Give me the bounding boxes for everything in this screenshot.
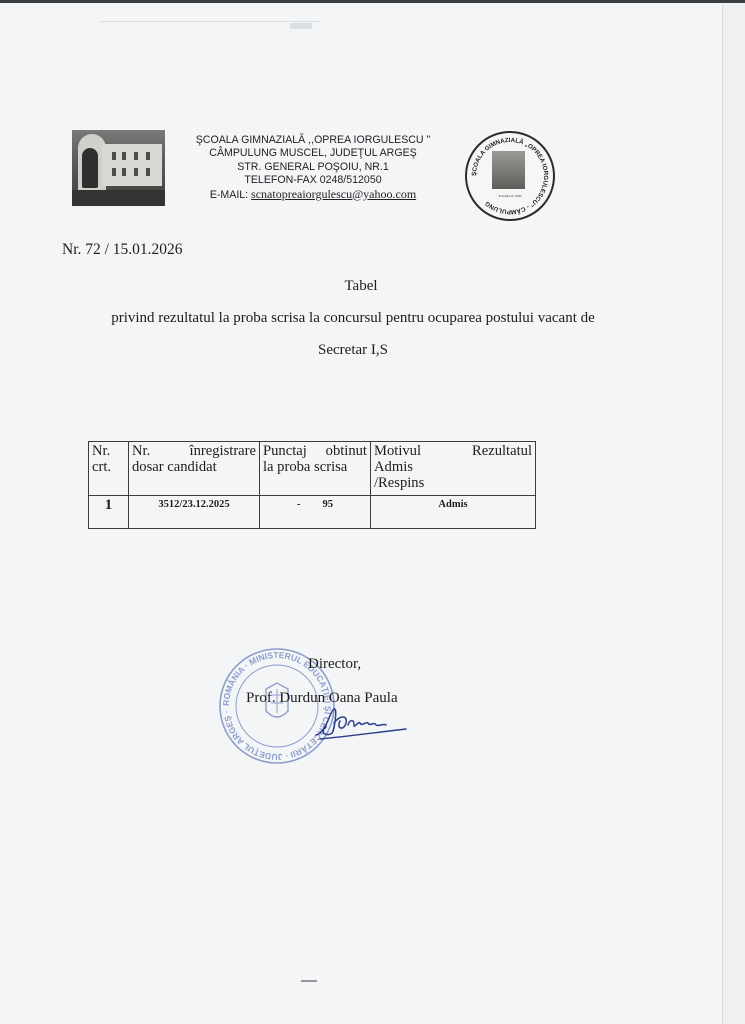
scan-artifact: [100, 21, 320, 22]
document-page: ŞCOALA GIMNAZIALĂ ,,OPREA IORGULESCU " C…: [0, 3, 723, 1024]
document-number: Nr. 72 / 15.01.2026: [62, 241, 183, 259]
cell-nr: 1: [89, 496, 129, 529]
cell-dosar: 3512/23.12.2025: [129, 496, 260, 529]
school-seal-logo: ŞCOALA GIMNAZIALĂ „OPREA IORGULESCU” - C…: [465, 131, 555, 221]
school-phone: TELEFON-FAX 0248/512050: [188, 174, 438, 187]
document-subtitle: privind rezultatul la proba scrisa la co…: [0, 310, 714, 327]
school-address: STR. GENERAL POŞOIU, NR.1: [188, 161, 438, 174]
header-nr-crt: Nr.crt.: [89, 442, 129, 496]
handwritten-signature: [312, 703, 412, 743]
results-table: Nr.crt. Nr.înregistrare dosar candidat P…: [88, 441, 536, 529]
cell-rezultat: Admis: [371, 496, 536, 529]
school-email-line: E-MAIL: scnatopreaiorgulescu@yahoo.com: [188, 188, 438, 202]
header-rezultat: MotivulRezultatul Admis /Respins: [371, 442, 536, 496]
table-row: 1 3512/23.12.2025 -95 Admis: [89, 496, 536, 529]
email-link[interactable]: scnatopreaiorgulescu@yahoo.com: [251, 187, 416, 201]
svg-text:Fondată în 1900: Fondată în 1900: [499, 194, 522, 198]
school-building-photo: [72, 130, 165, 206]
header-punctaj: Punctajobtinut la proba scrisa: [260, 442, 371, 496]
school-name: ŞCOALA GIMNAZIALĂ ,,OPREA IORGULESCU ": [188, 134, 438, 147]
document-title: Tabel: [0, 278, 722, 295]
header-nr-inregistrare: Nr.înregistrare dosar candidat: [129, 442, 260, 496]
scan-artifact: [301, 980, 317, 982]
school-letterhead: ŞCOALA GIMNAZIALĂ ,,OPREA IORGULESCU " C…: [188, 134, 438, 202]
table-header-row: Nr.crt. Nr.înregistrare dosar candidat P…: [89, 442, 536, 496]
director-title: Director,: [308, 656, 361, 673]
position-name: Secretar I,S: [0, 342, 714, 359]
cell-punctaj: -95: [260, 496, 371, 529]
founder-portrait: [492, 151, 525, 189]
school-location: CÂMPULUNG MUSCEL, JUDEŢUL ARGEŞ: [188, 147, 438, 160]
scan-artifact: [290, 23, 312, 29]
